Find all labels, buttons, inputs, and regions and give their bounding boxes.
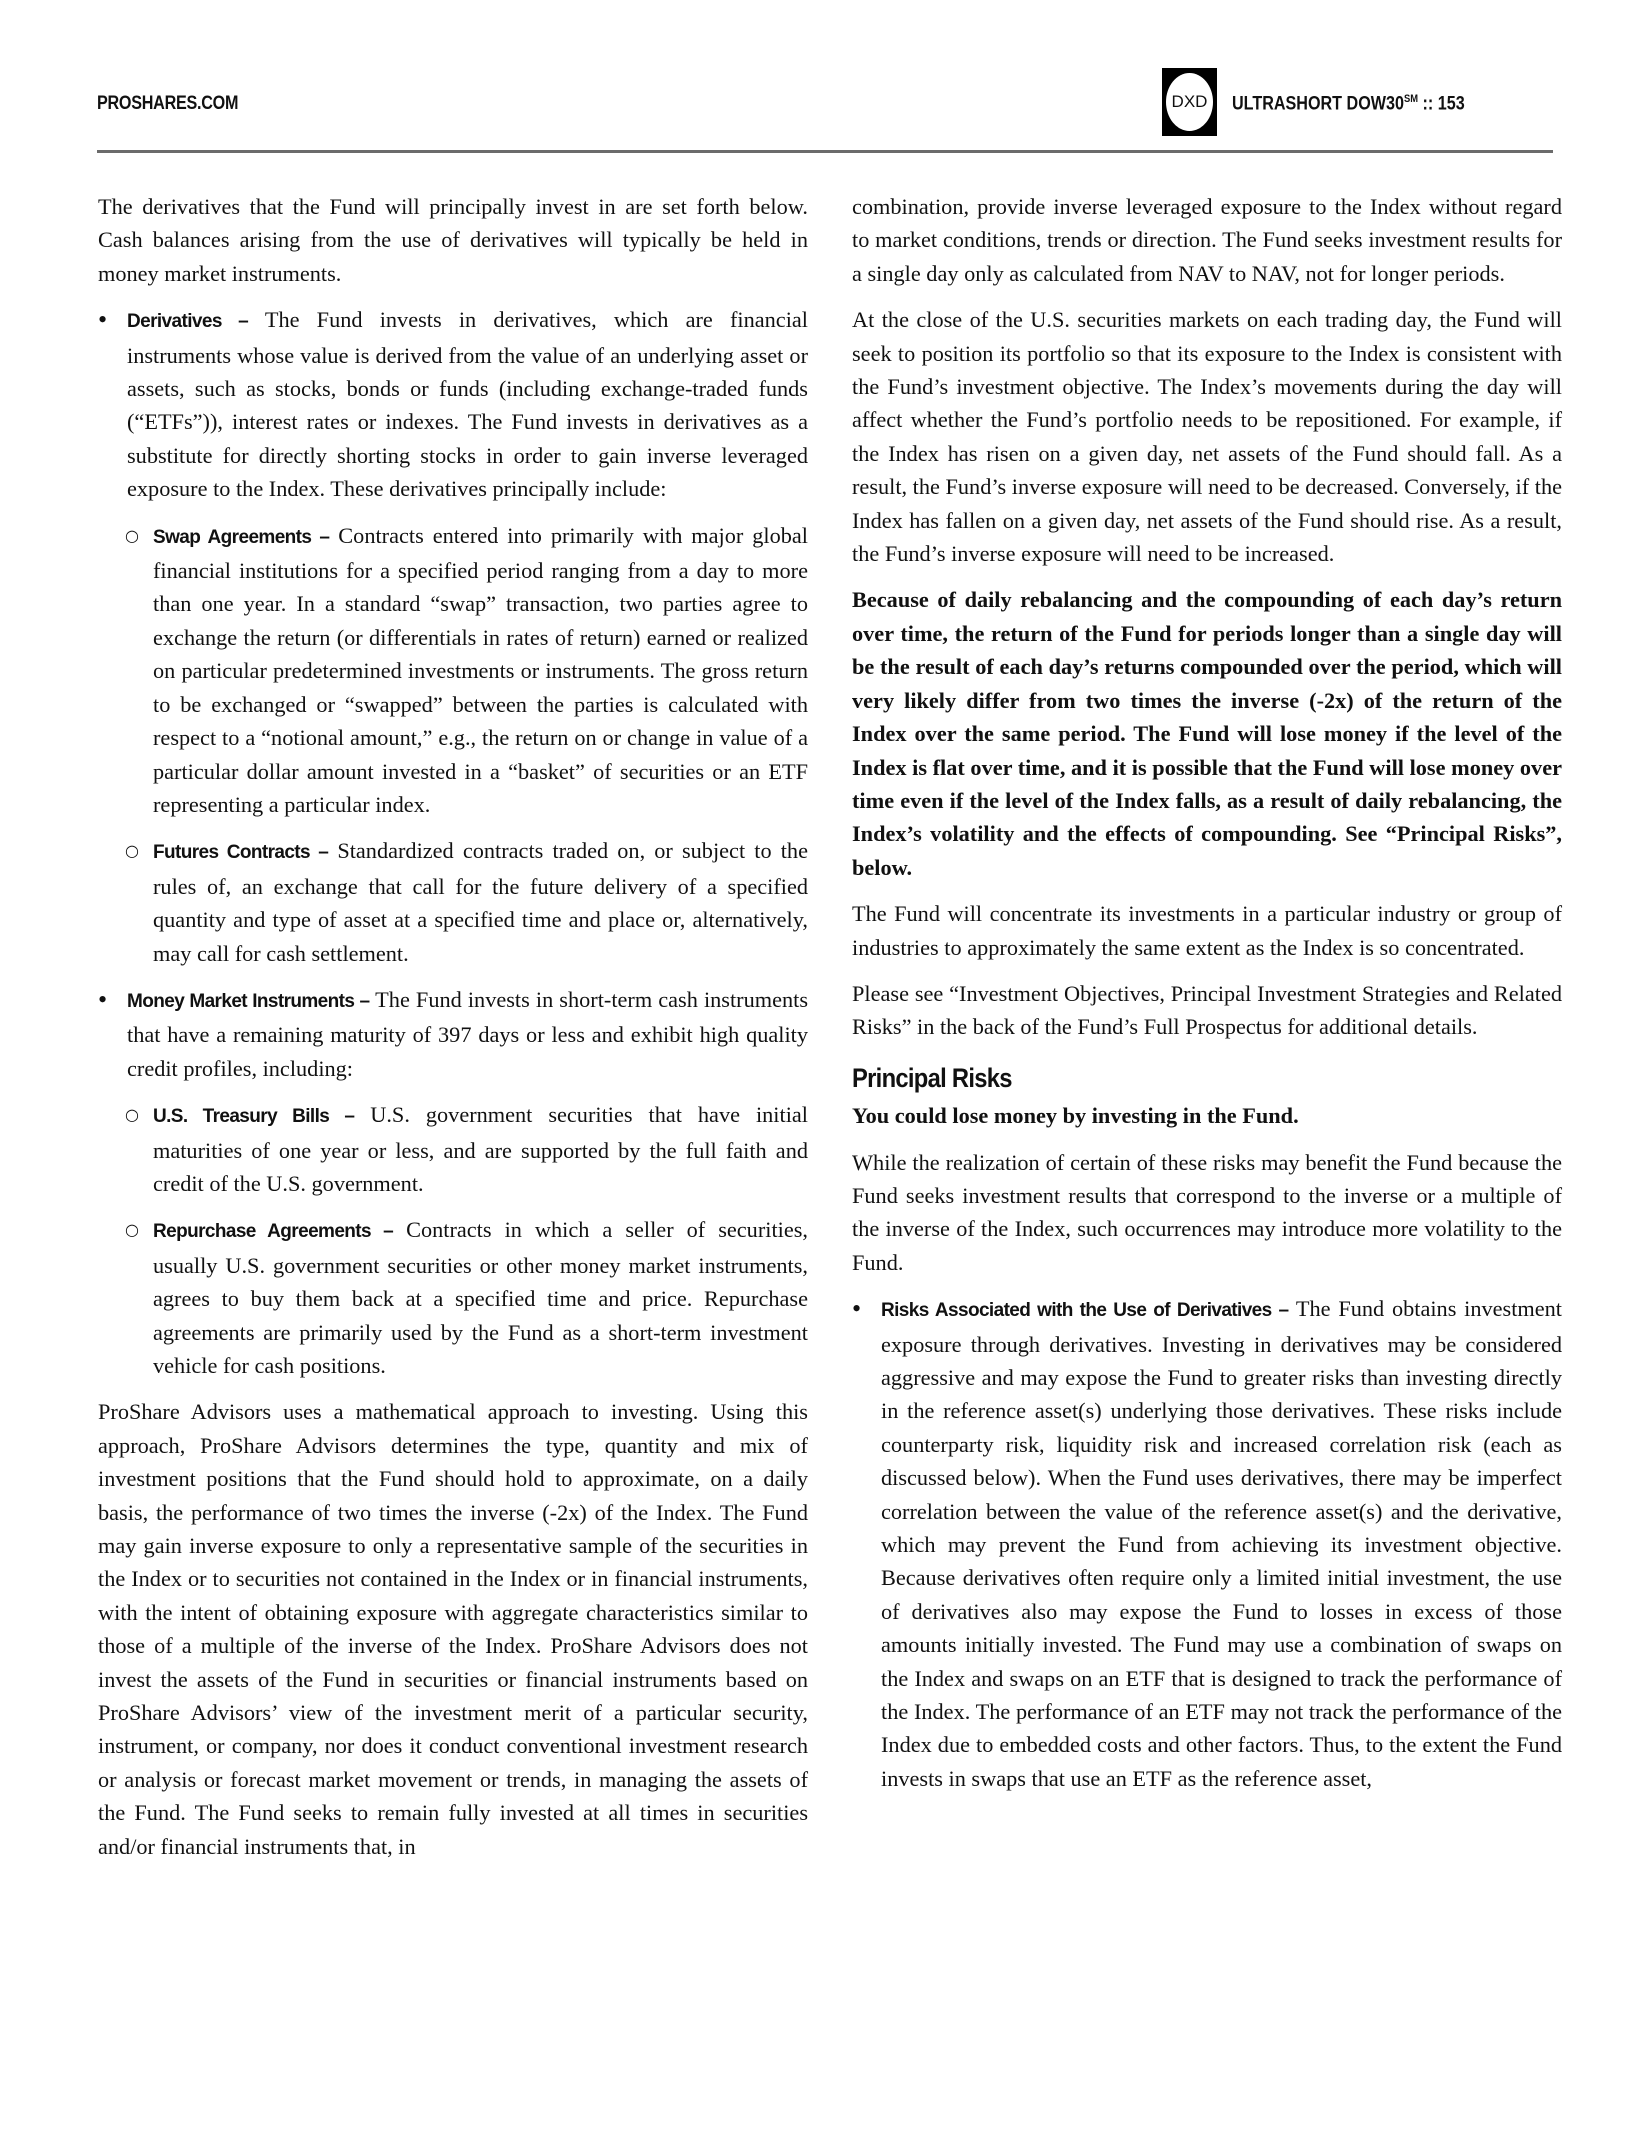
list-item-derivatives-risk: Risks Associated with the Use of Derivat…: [852, 1292, 1562, 1795]
intro-paragraph: The derivatives that the Fund will princ…: [98, 190, 808, 290]
list-item-derivatives: Derivatives – The Fund invests in deriva…: [98, 303, 808, 505]
item-text: The Fund obtains investment exposure thr…: [881, 1296, 1562, 1791]
lose-money-statement: You could lose money by investing in the…: [852, 1099, 1562, 1132]
left-column: The derivatives that the Fund will princ…: [98, 190, 808, 1876]
derivatives-sublist: Swap Agreements – Contracts entered into…: [98, 519, 808, 970]
item-lead: Swap Agreements –: [153, 527, 329, 548]
strategy-list: Derivatives – The Fund invests in deriva…: [98, 303, 808, 505]
approach-paragraph: ProShare Advisors uses a mathematical ap…: [98, 1395, 808, 1863]
list-item-swap-agreements: Swap Agreements – Contracts entered into…: [125, 519, 808, 822]
item-text: The Fund invests in derivatives, which a…: [127, 307, 808, 501]
please-see-paragraph: Please see “Investment Objectives, Princ…: [852, 977, 1562, 1044]
item-lead: Risks Associated with the Use of Derivat…: [881, 1300, 1288, 1321]
site-name: PROSHARES.COM: [97, 93, 238, 115]
concentration-paragraph: The Fund will concentrate its investment…: [852, 897, 1562, 964]
money-market-sublist: U.S. Treasury Bills – U.S. government se…: [98, 1098, 808, 1382]
item-lead: Futures Contracts –: [153, 842, 328, 863]
close-of-market-paragraph: At the close of the U.S. securities mark…: [852, 303, 1562, 570]
service-mark: SM: [1404, 93, 1418, 105]
continuation-paragraph: combination, provide inverse leveraged e…: [852, 190, 1562, 290]
item-lead: Derivatives –: [127, 311, 248, 332]
risk-list: Risks Associated with the Use of Derivat…: [852, 1292, 1562, 1795]
list-item-futures-contracts: Futures Contracts – Standardized contrac…: [125, 834, 808, 970]
list-item-repurchase-agreements: Repurchase Agreements – Contracts in whi…: [125, 1213, 808, 1382]
compounding-warning: Because of daily rebalancing and the com…: [852, 583, 1562, 884]
fund-name: ULTRASHORT DOW30: [1232, 93, 1404, 114]
page-number: 153: [1438, 93, 1465, 114]
fund-title: ULTRASHORT DOW30SM :: 153: [1232, 93, 1465, 115]
ticker-badge: DXD: [1162, 68, 1217, 136]
page-header: PROSHARES.COM DXD ULTRASHORT DOW30SM :: …: [97, 80, 1553, 150]
item-lead: U.S. Treasury Bills –: [153, 1106, 354, 1127]
section-heading-principal-risks: Principal Risks: [852, 1062, 1477, 1095]
money-market-list: Money Market Instruments – The Fund inve…: [98, 983, 808, 1085]
list-item-money-market: Money Market Instruments – The Fund inve…: [98, 983, 808, 1085]
header-rule: [97, 150, 1553, 153]
right-column: combination, provide inverse leveraged e…: [852, 190, 1562, 1808]
item-lead: Repurchase Agreements –: [153, 1221, 393, 1242]
item-lead: Money Market Instruments –: [127, 991, 370, 1012]
title-separator: ::: [1422, 93, 1433, 114]
item-text: Contracts entered into primarily with ma…: [153, 523, 808, 817]
list-item-treasury-bills: U.S. Treasury Bills – U.S. government se…: [125, 1098, 808, 1200]
ticker-badge-circle: DXD: [1166, 73, 1213, 131]
realization-paragraph: While the realization of certain of thes…: [852, 1146, 1562, 1280]
ticker-label: DXD: [1172, 92, 1208, 112]
